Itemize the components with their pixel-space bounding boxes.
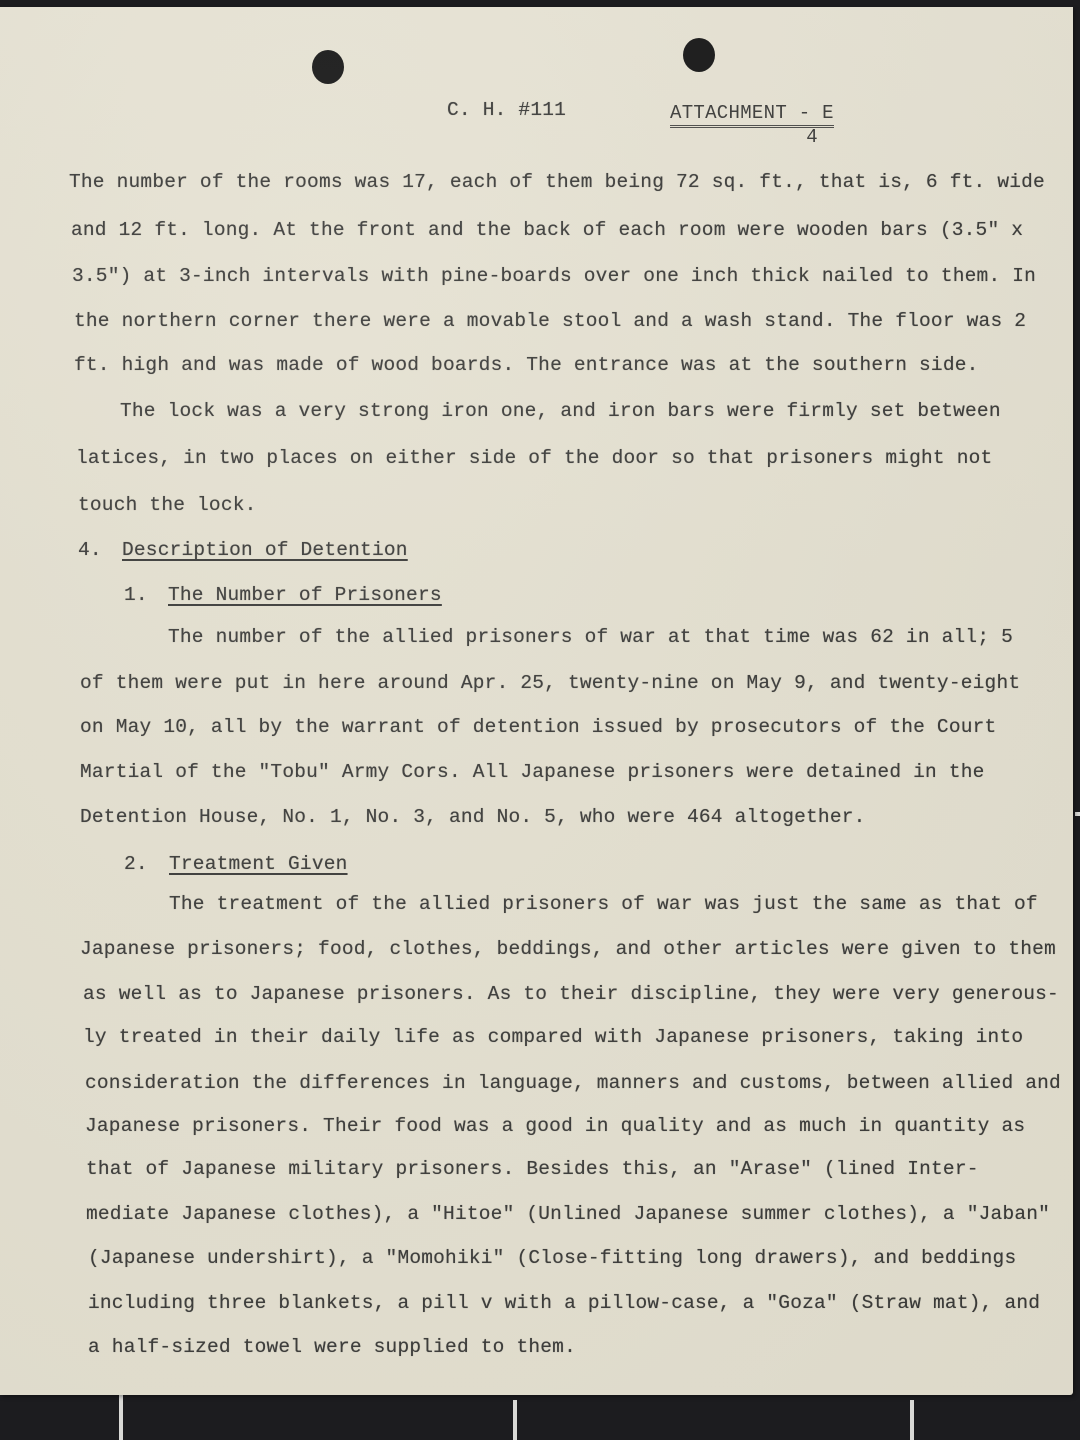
body-line: The lock was a very strong iron one, and… (120, 400, 1001, 422)
subsection-heading: The Number of Prisoners (168, 584, 442, 606)
body-line: that of Japanese military prisoners. Bes… (86, 1158, 979, 1180)
attachment-label: ATTACHMENT - E 4 (670, 102, 834, 148)
page-number: 4 (790, 126, 834, 148)
body-line: Japanese prisoners. Their food was a goo… (85, 1115, 1025, 1137)
attachment-title: ATTACHMENT - E (670, 102, 834, 128)
background-grid-line (513, 1400, 517, 1440)
punch-hole-icon (312, 50, 344, 84)
body-line: Martial of the "Tobu" Army Cors. All Jap… (80, 761, 985, 783)
body-line: ly treated in their daily life as compar… (83, 1026, 1023, 1048)
body-line: and 12 ft. long. At the front and the ba… (71, 219, 1023, 241)
subsection-number: 2. (124, 853, 148, 875)
body-line: consideration the differences in languag… (85, 1072, 1061, 1094)
body-line: touch the lock. (78, 494, 257, 516)
subsection-number: 1. (124, 584, 148, 606)
body-line: ft. high and was made of wood boards. Th… (74, 354, 979, 376)
body-line: Japanese prisoners; food, clothes, beddi… (80, 938, 1056, 960)
body-line: on May 10, all by the warrant of detenti… (80, 716, 996, 738)
subsection-heading: Treatment Given (169, 853, 348, 875)
body-line: 3.5") at 3-inch intervals with pine-boar… (72, 265, 1036, 287)
body-line: as well as to Japanese prisoners. As to … (83, 983, 1059, 1005)
document-page: C. H. #111 ATTACHMENT - E 4 The number o… (0, 7, 1073, 1395)
case-number: C. H. #111 (447, 99, 566, 121)
body-line: The number of the allied prisoners of wa… (168, 626, 1013, 648)
body-line: The treatment of the allied prisoners of… (169, 893, 1038, 915)
body-line: including three blankets, a pill v with … (88, 1292, 1040, 1314)
background-grid-line (910, 1400, 914, 1440)
background-grid-line (119, 1395, 123, 1440)
punch-hole-icon (683, 38, 715, 72)
body-line: Detention House, No. 1, No. 3, and No. 5… (80, 806, 866, 828)
body-line: a half-sized towel were supplied to them… (88, 1336, 576, 1358)
section-heading: Description of Detention (122, 539, 408, 561)
background-grid-line (1075, 812, 1080, 816)
body-line: mediate Japanese clothes), a "Hitoe" (Un… (86, 1203, 1050, 1225)
body-line: the northern corner there were a movable… (74, 310, 1026, 332)
body-line: (Japanese undershirt), a "Momohiki" (Clo… (88, 1247, 1016, 1269)
body-line: The number of the rooms was 17, each of … (69, 171, 1045, 193)
body-line: of them were put in here around Apr. 25,… (80, 672, 1020, 694)
body-line: latices, in two places on either side of… (76, 447, 992, 469)
section-number: 4. (78, 539, 102, 561)
